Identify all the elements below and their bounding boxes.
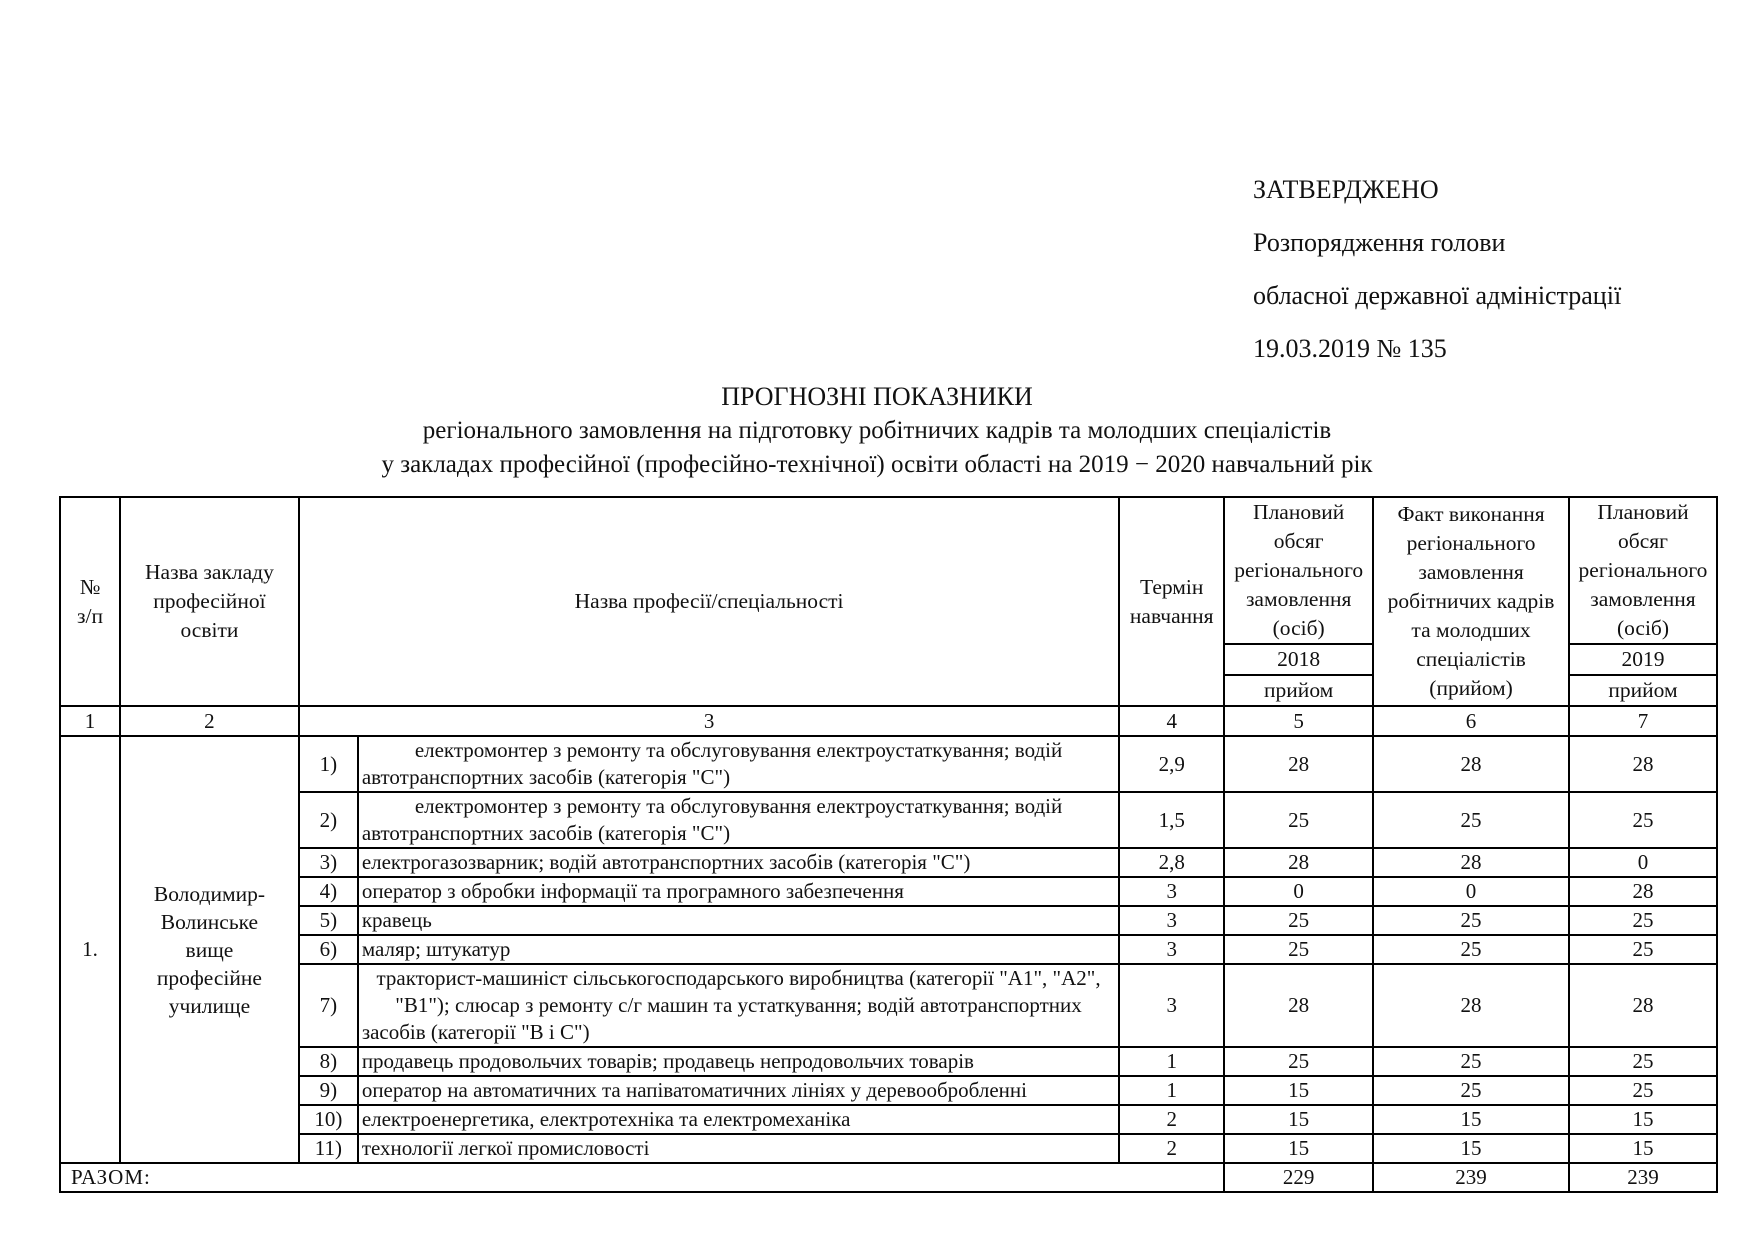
plan-2018-value: 25 — [1224, 906, 1373, 935]
approval-authority: Розпорядження голови — [1253, 216, 1621, 269]
table-row: 1.Володимир-Волинське вище професійне уч… — [60, 736, 1717, 792]
table-row: 4)оператор з обробки інформації та прогр… — [60, 877, 1717, 906]
row-index: 2) — [299, 792, 358, 848]
header-no: № з/п — [60, 497, 120, 706]
row-index: 5) — [299, 906, 358, 935]
table-row: 10)електроенергетика, електротехніка та … — [60, 1105, 1717, 1134]
fact-value: 28 — [1373, 848, 1569, 877]
approval-block: ЗАТВЕРДЖЕНО Розпорядження голови обласно… — [1253, 163, 1621, 375]
study-term: 3 — [1119, 935, 1224, 964]
column-number: 5 — [1224, 706, 1373, 736]
table-row: 2)електромонтер з ремонту та обслуговува… — [60, 792, 1717, 848]
row-index: 9) — [299, 1076, 358, 1105]
study-term: 3 — [1119, 877, 1224, 906]
plan-2018-value: 0 — [1224, 877, 1373, 906]
plan-2018-value: 25 — [1224, 1047, 1373, 1076]
plan-2018-value: 28 — [1224, 964, 1373, 1047]
header-institution: Назва закладу професійної освіти — [120, 497, 299, 706]
fact-value: 15 — [1373, 1105, 1569, 1134]
study-term: 1 — [1119, 1076, 1224, 1105]
study-term: 1 — [1119, 1047, 1224, 1076]
study-term: 2,8 — [1119, 848, 1224, 877]
fact-value: 25 — [1373, 792, 1569, 848]
table-row: 8)продавець продовольчих товарів; продав… — [60, 1047, 1717, 1076]
study-term: 2 — [1119, 1134, 1224, 1163]
document-heading: ПРОГНОЗНІ ПОКАЗНИКИ регіонального замовл… — [0, 380, 1754, 482]
plan-2019-value: 25 — [1569, 906, 1717, 935]
column-number: 2 — [120, 706, 299, 736]
plan-2019-value: 15 — [1569, 1105, 1717, 1134]
institution-name: Володимир-Волинське вище професійне учил… — [120, 736, 299, 1163]
study-term: 2,9 — [1119, 736, 1224, 792]
profession-name: оператор на автоматичних та напіватомати… — [358, 1076, 1119, 1105]
plan-2019-value: 25 — [1569, 1047, 1717, 1076]
row-index: 6) — [299, 935, 358, 964]
profession-name: продавець продовольчих товарів; продавец… — [358, 1047, 1119, 1076]
table-row: 3)електрогазозварник; водій автотранспор… — [60, 848, 1717, 877]
total-plan-2018: 229 — [1224, 1163, 1373, 1192]
forecast-table: № з/п Назва закладу професійної освіти Н… — [59, 496, 1718, 1193]
plan-2018-value: 25 — [1224, 792, 1373, 848]
profession-name: маляр; штукатур — [358, 935, 1119, 964]
study-term: 3 — [1119, 964, 1224, 1047]
plan-2019-value: 25 — [1569, 1076, 1717, 1105]
column-number: 7 — [1569, 706, 1717, 736]
plan-2018-value: 15 — [1224, 1134, 1373, 1163]
table-row: 5)кравець3252525 — [60, 906, 1717, 935]
profession-name: оператор з обробки інформації та програм… — [358, 877, 1119, 906]
table-row: 9)оператор на автоматичних та напіватома… — [60, 1076, 1717, 1105]
plan-2018-value: 28 — [1224, 848, 1373, 877]
profession-name: електромонтер з ремонту та обслуговуванн… — [358, 736, 1119, 792]
header-plan-2019: Плановий обсяг регіонального замовлення … — [1569, 497, 1717, 644]
total-label: РАЗОМ: — [60, 1163, 1224, 1192]
header-profession: Назва професії/спеціальності — [299, 497, 1119, 706]
plan-2018-value: 15 — [1224, 1076, 1373, 1105]
fact-value: 25 — [1373, 935, 1569, 964]
row-index: 1) — [299, 736, 358, 792]
plan-2019-value: 0 — [1569, 848, 1717, 877]
plan-2019-value: 25 — [1569, 792, 1717, 848]
approval-administration: обласної державної адміністрації — [1253, 269, 1621, 322]
header-term: Термін навчання — [1119, 497, 1224, 706]
plan-2018-value: 25 — [1224, 935, 1373, 964]
column-number: 3 — [299, 706, 1119, 736]
approval-date-number: 19.03.2019 № 135 — [1253, 322, 1621, 375]
group-number: 1. — [60, 736, 120, 1163]
profession-name: електрогазозварник; водій автотранспортн… — [358, 848, 1119, 877]
header-plan-2019-sub: прийом — [1569, 675, 1717, 706]
fact-value: 28 — [1373, 736, 1569, 792]
row-index: 11) — [299, 1134, 358, 1163]
table-row: 6)маляр; штукатур3252525 — [60, 935, 1717, 964]
table-row: 11)технології легкої промисловості215151… — [60, 1134, 1717, 1163]
profession-name: тракторист-машиніст сільськогосподарсько… — [358, 964, 1119, 1047]
total-fact: 239 — [1373, 1163, 1569, 1192]
row-index: 8) — [299, 1047, 358, 1076]
plan-2019-value: 25 — [1569, 935, 1717, 964]
profession-name: електромонтер з ремонту та обслуговуванн… — [358, 792, 1119, 848]
row-index: 7) — [299, 964, 358, 1047]
approval-stamp: ЗАТВЕРДЖЕНО — [1253, 163, 1621, 216]
column-number: 6 — [1373, 706, 1569, 736]
study-term: 1,5 — [1119, 792, 1224, 848]
fact-value: 25 — [1373, 1076, 1569, 1105]
total-plan-2019: 239 — [1569, 1163, 1717, 1192]
column-number: 1 — [60, 706, 120, 736]
plan-2019-value: 15 — [1569, 1134, 1717, 1163]
study-term: 3 — [1119, 906, 1224, 935]
header-plan-2018-sub: прийом — [1224, 675, 1373, 706]
profession-name: електроенергетика, електротехніка та еле… — [358, 1105, 1119, 1134]
total-row: РАЗОМ: 229 239 239 — [60, 1163, 1717, 1192]
plan-2019-value: 28 — [1569, 736, 1717, 792]
fact-value: 28 — [1373, 964, 1569, 1047]
table-row: 7)тракторист-машиніст сільськогосподарсь… — [60, 964, 1717, 1047]
document-title: ПРОГНОЗНІ ПОКАЗНИКИ — [0, 380, 1754, 414]
plan-2018-value: 15 — [1224, 1105, 1373, 1134]
fact-value: 0 — [1373, 877, 1569, 906]
column-number: 4 — [1119, 706, 1224, 736]
profession-name: технології легкої промисловості — [358, 1134, 1119, 1163]
plan-2018-value: 28 — [1224, 736, 1373, 792]
row-index: 3) — [299, 848, 358, 877]
study-term: 2 — [1119, 1105, 1224, 1134]
row-index: 4) — [299, 877, 358, 906]
table-body: 1.Володимир-Волинське вище професійне уч… — [60, 736, 1717, 1163]
fact-value: 25 — [1373, 906, 1569, 935]
plan-2019-value: 28 — [1569, 877, 1717, 906]
header-plan-2019-year: 2019 — [1569, 644, 1717, 675]
profession-name: кравець — [358, 906, 1119, 935]
fact-value: 15 — [1373, 1134, 1569, 1163]
fact-value: 25 — [1373, 1047, 1569, 1076]
header-fact: Факт виконання регіонального замовлення … — [1373, 497, 1569, 706]
header-plan-2018: Плановий обсяг регіонального замовлення … — [1224, 497, 1373, 644]
header-plan-2018-year: 2018 — [1224, 644, 1373, 675]
document-subtitle-2: у закладах професійної (професійно-техні… — [0, 448, 1754, 482]
plan-2019-value: 28 — [1569, 964, 1717, 1047]
row-index: 10) — [299, 1105, 358, 1134]
document-subtitle-1: регіонального замовлення на підготовку р… — [0, 414, 1754, 448]
